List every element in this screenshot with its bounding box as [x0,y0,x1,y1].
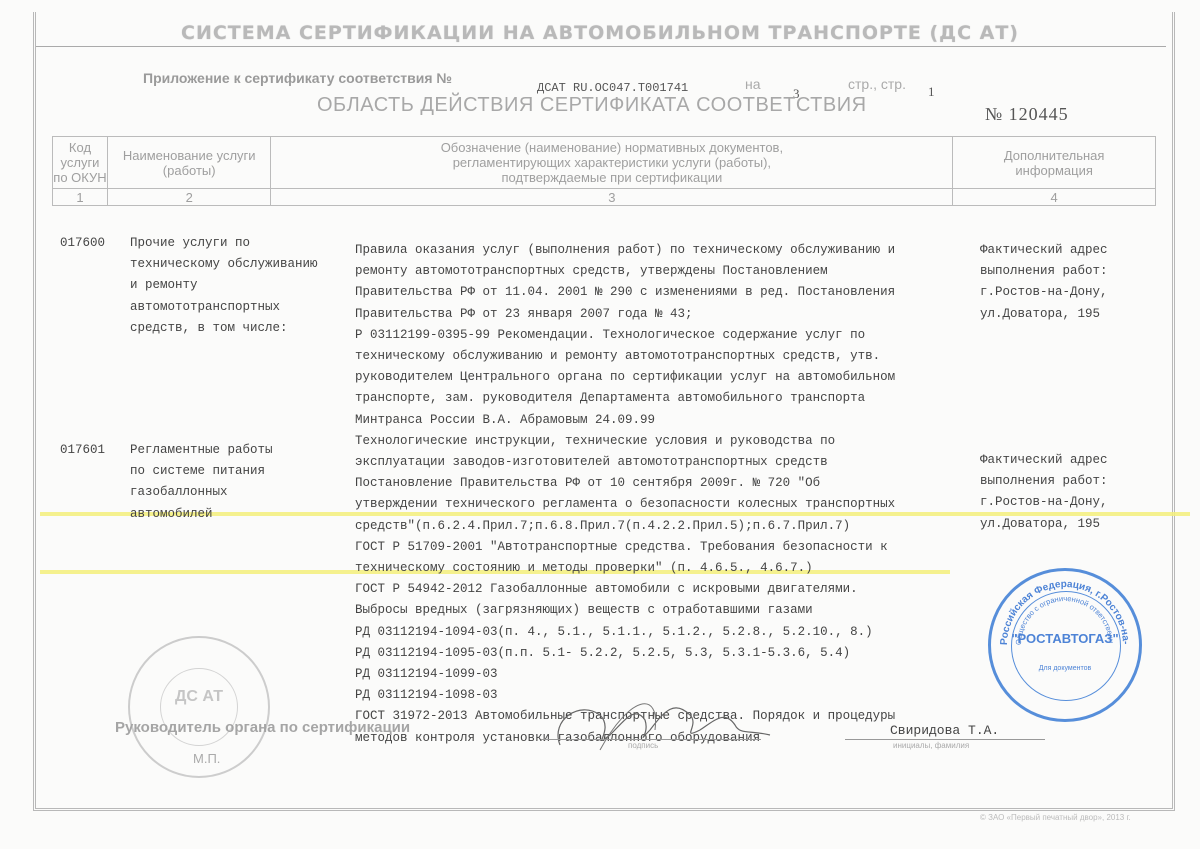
service-name-line: автомобилей [130,504,352,525]
appendix-label: Приложение к сертификату соответствия № [143,70,452,86]
document-line: Технологические инструкции, технические … [355,431,970,452]
document-line: ремонту автомототранспортных средств, ут… [355,261,970,282]
divider [36,46,1166,47]
on-label: на [745,76,761,92]
table-header: Код услуги по ОКУН Наименование услуги (… [52,136,1156,206]
column-header-code: Код услуги по ОКУН [53,137,108,189]
seal-place-label: М.П. [193,751,220,766]
document-line: Выбросы вредных (загрязняющих) веществ с… [355,600,970,621]
service-code: 017601 [60,440,105,461]
document-line: РД 03112194-1095-03(п.п. 5.1- 5.2.2, 5.2… [355,643,970,664]
document-line: средств"(п.6.2.4.Прил.7;п.6.8.Прил.7(п.4… [355,516,970,537]
service-name-line: Регламентные работы [130,440,352,461]
signer-name: Свиридова Т.А. [890,723,999,738]
company-stamp: Российская Федерация, г.Ростов-на-Дону О… [988,568,1142,722]
form-number: № 120445 [985,104,1069,125]
info-line: Фактический адрес [980,450,1160,471]
service-code: 017600 [60,233,105,254]
document-line: Правительства РФ от 23 января 2007 года … [355,304,970,325]
document-line: техническому состоянию и методы проверки… [355,558,970,579]
certificate-number: ДСАТ RU.ОС047.Т001741 [537,81,688,95]
service-name: Прочие услуги по техническому обслуживан… [130,233,352,339]
info-line: Фактический адрес [980,240,1160,261]
scope-title: ОБЛАСТЬ ДЕЙСТВИЯ СЕРТИФИКАТА СООТВЕТСТВИ… [317,94,867,117]
name-caption: инициалы, фамилия [893,741,969,750]
stamp-subtitle: Для документов [991,665,1139,672]
service-name-line: и ремонту [130,275,352,296]
info-line: выполнения работ: [980,261,1160,282]
service-name-line: автомототранспортных [130,297,352,318]
column-number: 3 [271,189,953,206]
info-line: г.Ростов-на-Дону, [980,492,1160,513]
document-line: техническому обслуживанию и ремонту авто… [355,346,970,367]
normative-documents: Правила оказания услуг (выполнения работ… [355,240,970,749]
document-line: руководителем Центрального органа по сер… [355,367,970,388]
document-line: транспорте, зам. руководителя Департамен… [355,388,970,409]
document-line: ГОСТ Р 51709-2001 "Автотранспортные сред… [355,537,970,558]
column-header-documents: Обозначение (наименование) нормативных д… [271,137,953,189]
document-line: РД 03112194-1099-03 [355,664,970,685]
system-title: СИСТЕМА СЕРТИФИКАЦИИ НА АВТОМОБИЛЬНОМ ТР… [0,22,1200,44]
info-line: ул.Доватора, 195 [980,304,1160,325]
service-name-line: средств, в том числе: [130,318,352,339]
info-line: ул.Доватора, 195 [980,514,1160,535]
service-name: Регламентные работы по системе питания г… [130,440,352,525]
signature [540,690,780,760]
document-line: Постановление Правительства РФ от 10 сен… [355,473,970,494]
copyright: © ЗАО «Первый печатный двор», 2013 г. [980,813,1131,822]
signature-line [541,739,761,740]
stamp-company-name: "РОСТАВТОГАЗ" [991,631,1139,646]
document-line: утверждении технического регламента о бе… [355,494,970,515]
service-name-line: техническому обслуживанию [130,254,352,275]
name-line [845,739,1045,740]
service-name-line: Прочие услуги по [130,233,352,254]
document-line: Р 03112199-0395-99 Рекомендации. Техноло… [355,325,970,346]
document-line: РД 03112194-1094-03(п. 4., 5.1., 5.1.1.,… [355,622,970,643]
additional-info: Фактический адрес выполнения работ: г.Ро… [980,240,1160,325]
page-number: 1 [928,84,935,100]
info-line: г.Ростов-на-Дону, [980,282,1160,303]
column-number: 1 [53,189,108,206]
service-name-line: по системе питания [130,461,352,482]
signature-caption: подпись [628,741,658,750]
pages-label: стр., стр. [848,76,906,92]
document-line: эксплуатации заводов-изготовителей автом… [355,452,970,473]
head-of-body-label: Руководитель органа по сертификации [115,719,410,736]
additional-info: Фактический адрес выполнения работ: г.Ро… [980,450,1160,535]
document-line: Минтранса России В.А. Абрамовым 24.09.99 [355,410,970,431]
document-line: Правительства РФ от 11.04. 2001 № 290 с … [355,282,970,303]
stamp-logo: ДС АТ [130,688,268,706]
column-header-service: Наименование услуги (работы) [107,137,270,189]
info-line: выполнения работ: [980,471,1160,492]
document-line: Правила оказания услуг (выполнения работ… [355,240,970,261]
column-number: 2 [107,189,270,206]
column-header-info: Дополнительная информация [953,137,1156,189]
column-number: 4 [953,189,1156,206]
document-line: ГОСТ Р 54942-2012 Газобаллонные автомоби… [355,579,970,600]
service-name-line: газобаллонных [130,482,352,503]
